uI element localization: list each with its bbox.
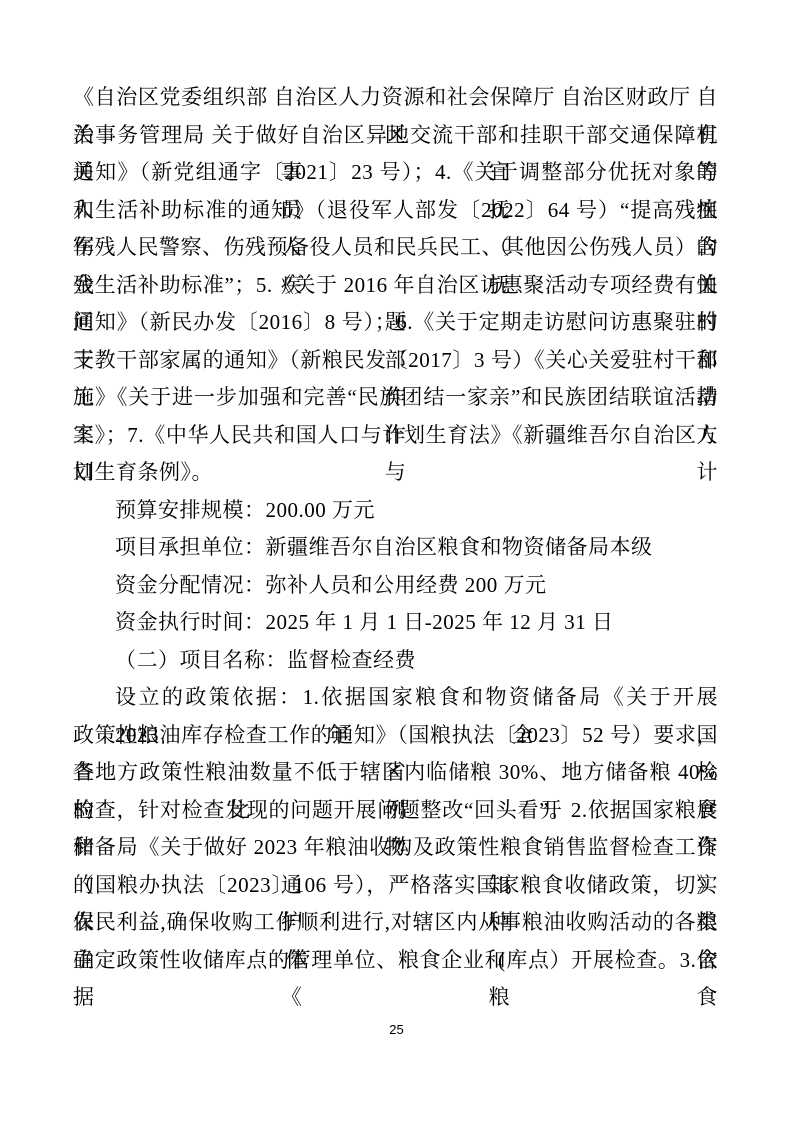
text-line: 案》；7.《中华人民共和国人口与计划生育法》《新疆维吾尔自治区人口与计 <box>73 417 718 455</box>
text-line: 《自治区党委组织部 自治区人力资源和社会保障厅 自治区财政厅 自治区机 <box>73 79 718 117</box>
text-line: 资金执行时间：2025 年 1 月 1 日-2025 年 12 月 31 日 <box>73 604 718 642</box>
text-line: 储备局《关于做好 2023 年粮油收购及政策性粮食销售监督检查工作的通知》 <box>73 829 718 867</box>
text-line: 确定政策性收储库点的管理单位、粮食企业和库点）开展检查。3.依据《粮食 <box>73 942 718 980</box>
text-line: 预算安排规模：200.00 万元 <box>73 492 718 530</box>
document-body: 《自治区党委组织部 自治区人力资源和社会保障厅 自治区财政厅 自治区机关事务管理… <box>73 79 718 979</box>
text-line: 和生活补助标准的通知》（退役军人部发〔2022〕64 号）“提高残疾军人（含 <box>73 192 718 230</box>
text-line: 施》《关于进一步加强和完善“民族团结一家亲”和民族团结联谊活动工作方 <box>73 379 718 417</box>
text-line: 金生活补助标准”；5.《关于 2016 年自治区访惠聚活动专项经费有关问题的 <box>73 267 718 305</box>
text-line: 资金分配情况：弥补人员和公用经费 200 万元 <box>73 567 718 605</box>
document-page: 《自治区党委组织部 自治区人力资源和社会保障厅 自治区财政厅 自治区机关事务管理… <box>0 0 793 1122</box>
text-line: 支教干部家属的通知》（新粮民发〔2017〕3 号）《关心关爱驻村干部工作措 <box>73 342 718 380</box>
text-line: 项目承担单位：新疆维吾尔自治区粮食和物资储备局本级 <box>73 529 718 567</box>
text-line: 农民利益,确保收购工作顺利进行,对辖区内从事粮油收购活动的各类主体(含 <box>73 904 718 942</box>
page-number: 25 <box>0 1022 793 1037</box>
text-line: 设立的政策依据：1.依据国家粮食和物资储备局《关于开展 2023 年全国 <box>73 679 718 717</box>
text-line: （国粮办执法〔2023〕106 号），严格落实国家粮食收储政策，切实保护种粮 <box>73 867 718 905</box>
text-line: 伤残人民警察、伤残预备役人员和民兵民工、其他因公伤残人员）的残疾抚恤 <box>73 229 718 267</box>
text-line: 关事务管理局 关于做好自治区异地交流干部和挂职干部交通保障有关事宜的 <box>73 117 718 155</box>
text-line: 检查，针对检查发现的问题开展问题整改“回头看”。2.依据国家粮食和物资 <box>73 792 718 830</box>
text-line: 政策性粮油库存检查工作的通知》（国粮执法〔2023〕52 号）要求，各省检 <box>73 717 718 755</box>
text-line: 通知》（新党组通字〔2021〕23 号）；4.《关于调整部分优抚对象等人员抚恤 <box>73 154 718 192</box>
text-line: 通知》（新民办发〔2016〕8 号）；6.《关于定期走访慰问访惠聚驻村干部和 <box>73 304 718 342</box>
text-line: 查地方政策性粮油数量不低于辖区内临储粮 30%、地方储备粮 40%的比例开展 <box>73 754 718 792</box>
text-line: （二）项目名称：监督检查经费 <box>73 642 718 680</box>
